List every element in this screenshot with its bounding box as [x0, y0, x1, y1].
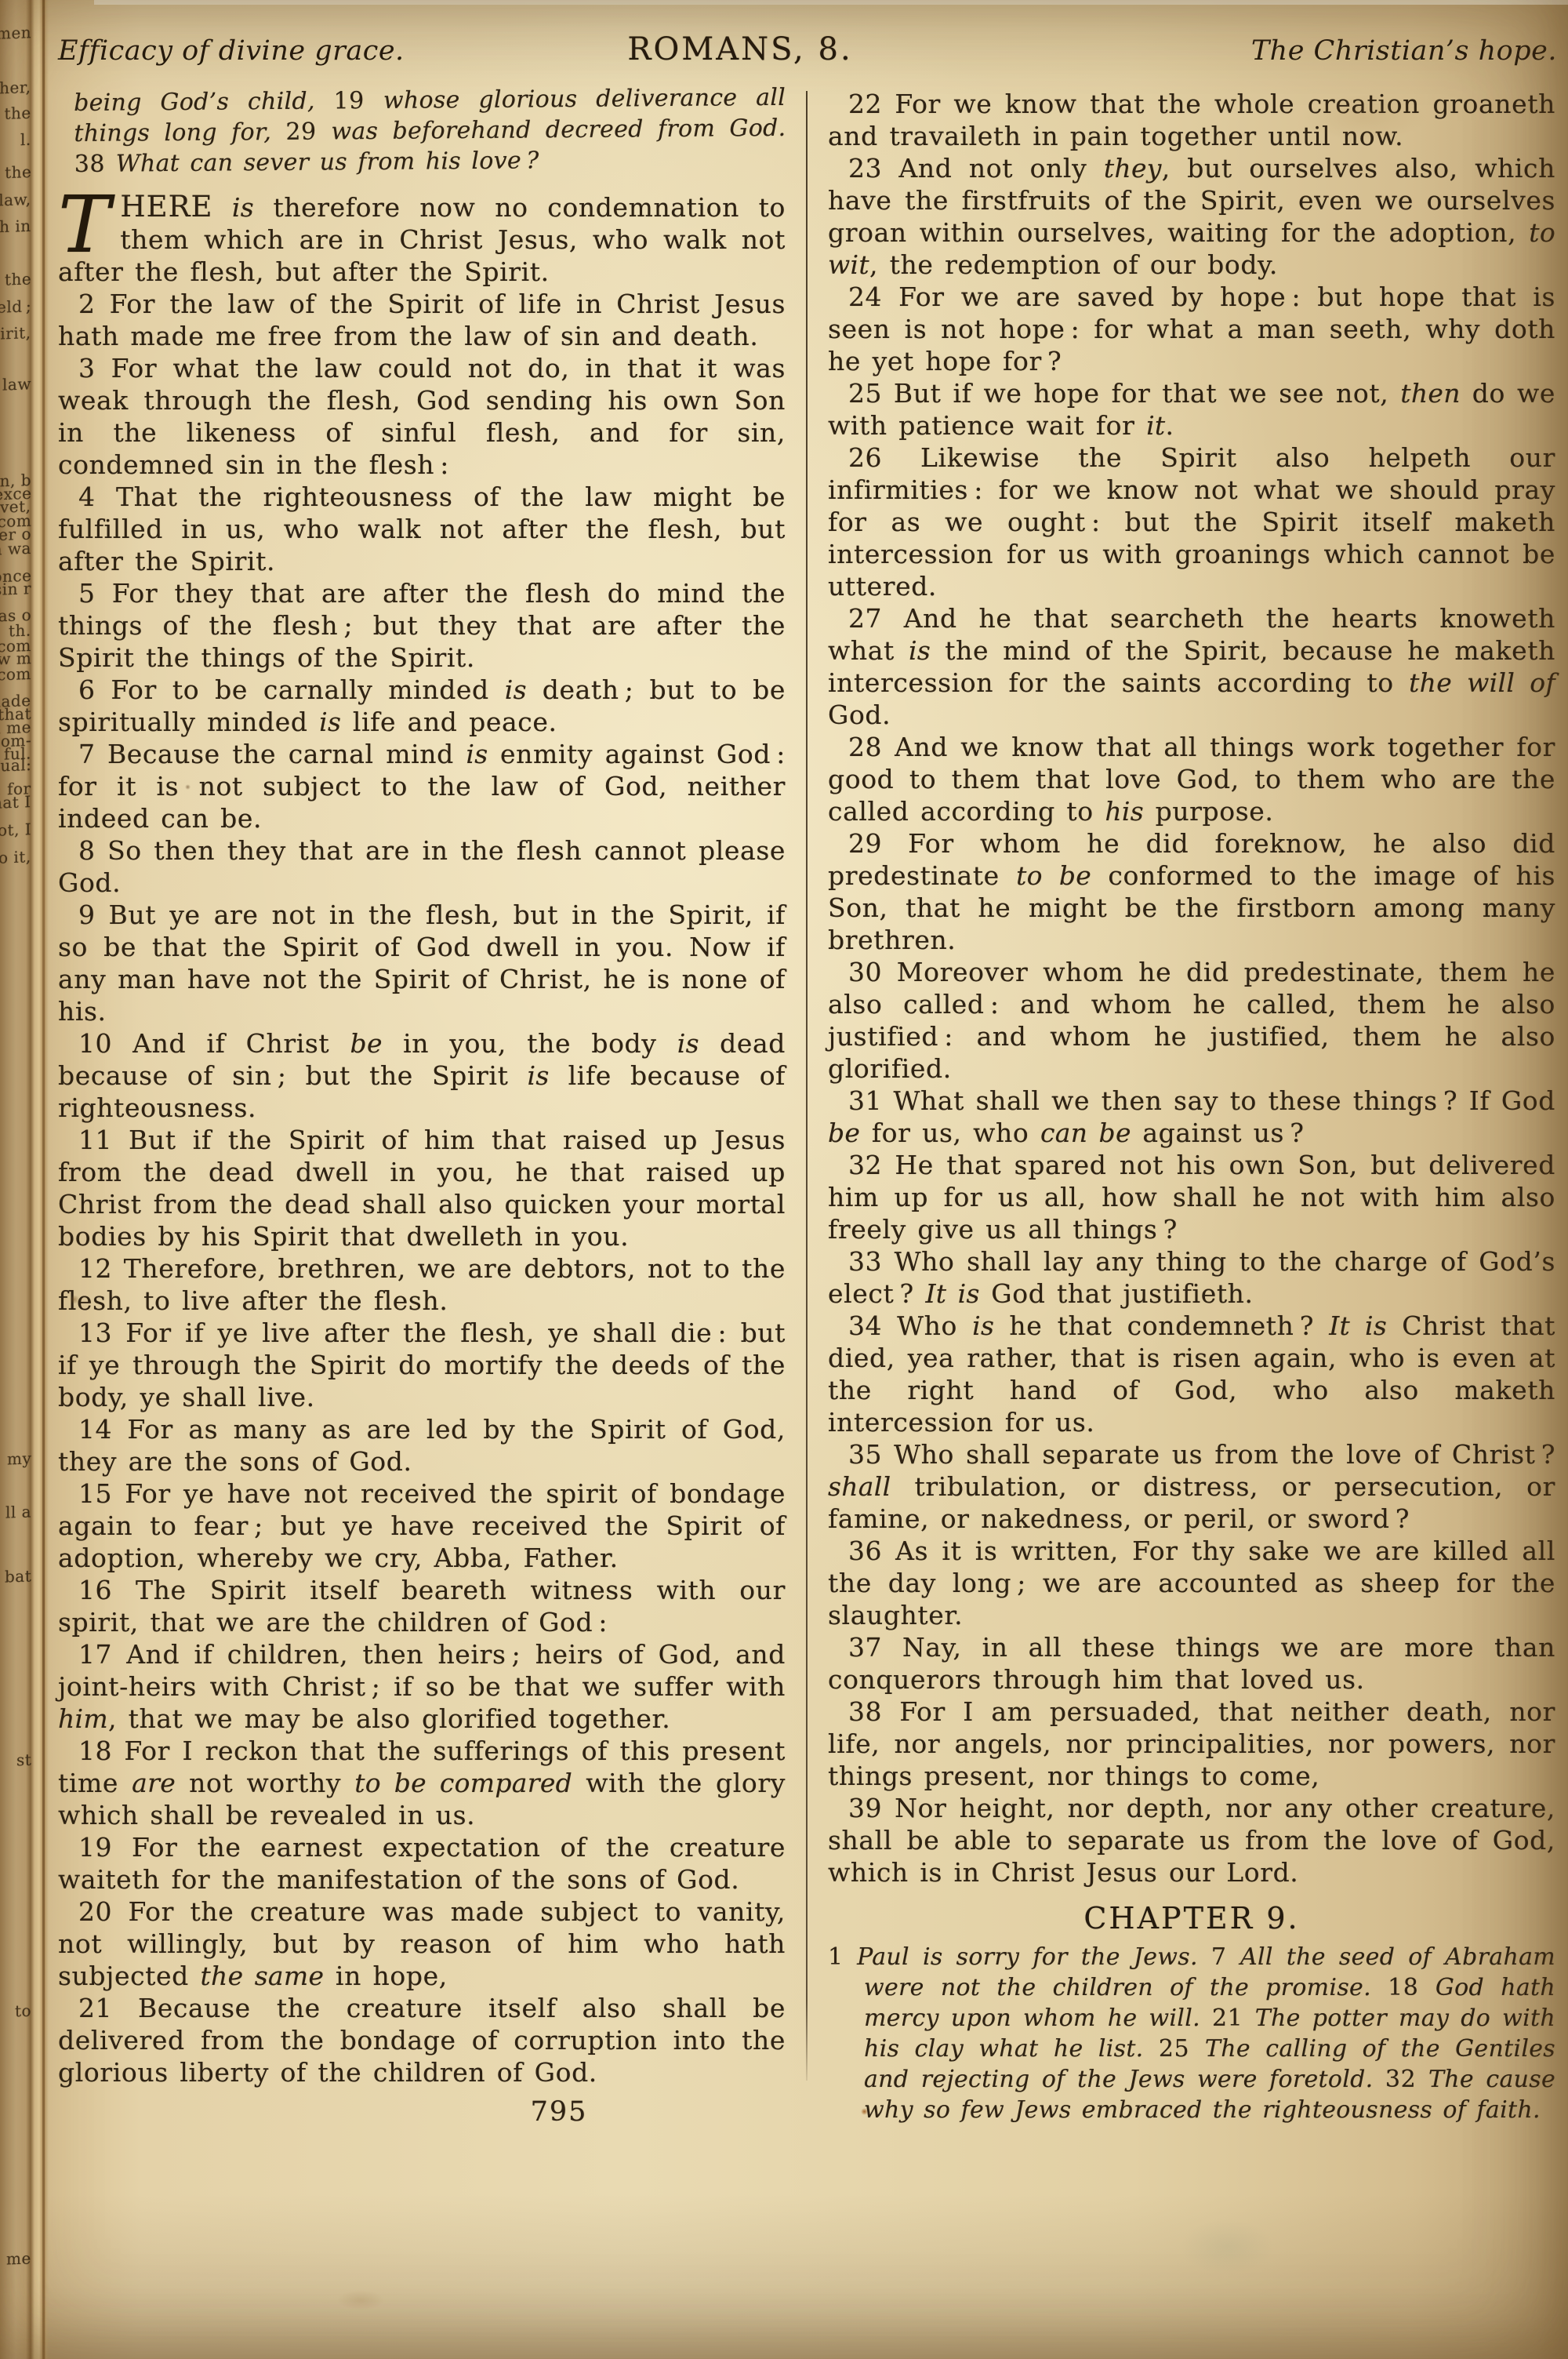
plain-text: He that spared not his own Son, but deli…: [828, 1150, 1555, 1245]
verse-number: 28: [848, 732, 895, 762]
italic-text: shall: [828, 1471, 891, 1502]
gutter-fragment: me: [6, 2248, 31, 2268]
gutter-fragment: e law,: [0, 190, 31, 210]
verse-number: 36: [848, 1536, 895, 1566]
verse-number: 38: [848, 1696, 899, 1727]
page: menother,ad, thel.h, thee law,orth inthe…: [0, 0, 1568, 2359]
plain-text: So then they that are in the flesh canno…: [58, 835, 786, 898]
italic-text: is: [972, 1310, 994, 1341]
verse: 30 Moreover whom he did predestinate, th…: [828, 956, 1555, 1085]
verse: 10 And if Christ be in you, the body is …: [58, 1027, 786, 1124]
show-through-smudge: [1180, 2219, 1274, 2274]
plain-text: 38: [74, 151, 116, 178]
plain-text: As it is written, For thy sake we are ki…: [828, 1536, 1555, 1630]
plain-text: HERE: [120, 190, 212, 224]
verse-number: 3: [78, 353, 111, 383]
verse: 15 For ye have not received the spirit o…: [58, 1478, 786, 1574]
verse-number: 15: [78, 1478, 125, 1509]
verse-number: 4: [78, 482, 116, 512]
verse: 33 Who shall lay any thing to the charge…: [828, 1245, 1555, 1310]
gutter-fragments: menother,ad, thel.h, thee law,orth inthe…: [0, 0, 34, 2359]
plain-text: Nor height, nor depth, nor any other cre…: [828, 1793, 1555, 1888]
chapter8-summary-continuation: being God’s child, 19 whose glorious del…: [74, 82, 786, 180]
left-column-verses: THERE is therefore now no condemnation t…: [58, 191, 786, 2088]
gutter-fragment: sin r: [0, 579, 31, 599]
plain-text: For to be carnally minded: [111, 674, 504, 705]
plain-text: in you, the body: [383, 1028, 677, 1059]
gutter-fragment: pirit,: [0, 323, 31, 343]
verse-number: 13: [78, 1318, 125, 1348]
gutter-fragment: bat: [5, 1566, 31, 1586]
verse: 17 And if children, then heirs ; heirs o…: [58, 1638, 786, 1735]
italic-text: be: [828, 1118, 860, 1148]
verse: 11 But if the Spirit of him that raised …: [58, 1124, 786, 1252]
verse-number: 30: [848, 957, 897, 987]
plain-text: For I am persuaded, that neither death, …: [828, 1696, 1555, 1791]
verse-number: 5: [78, 578, 112, 609]
verse: 20 For the creature was made subject to …: [58, 1896, 786, 1992]
verse-number: 14: [78, 1414, 127, 1445]
verse: 6 For to be carnally minded is death ; b…: [58, 674, 786, 738]
plain-text: But ye are not in the flesh, but in the …: [58, 900, 786, 1027]
verse-number: 9: [78, 900, 109, 930]
verse: 8 So then they that are in the flesh can…: [58, 834, 786, 899]
verse-number: 25: [848, 378, 894, 409]
gutter-fragment: men: [0, 23, 31, 43]
plain-text: 32: [1385, 2066, 1428, 2093]
italic-text: be: [350, 1028, 383, 1059]
gutter-fragment: the: [5, 269, 31, 289]
verse-number: 17: [78, 1639, 126, 1670]
drop-cap: T: [58, 191, 120, 253]
verse-number: 7: [78, 739, 107, 769]
verse: 28 And we know that all things work toge…: [828, 731, 1555, 827]
page-heading: ROMANS, 8.: [544, 31, 936, 67]
plain-text: But if the Spirit of him that raised up …: [58, 1125, 786, 1252]
verse-number: 19: [78, 1832, 132, 1863]
gutter-fragment: st: [16, 1750, 31, 1770]
verse: THERE is therefore now no condemnation t…: [58, 191, 786, 288]
italic-text: to be: [1016, 860, 1091, 891]
plain-text: 21: [1212, 2005, 1255, 2032]
verse-number: 23: [848, 153, 898, 184]
plain-text: And if Christ: [132, 1028, 350, 1059]
italic-text: It is: [925, 1278, 979, 1309]
plain-text: The Spirit itself beareth witness with o…: [58, 1575, 786, 1637]
plain-text: he that condemneth ?: [994, 1310, 1329, 1341]
plain-text: That the righteousness of the law might …: [58, 482, 786, 576]
verse: 9 But ye are not in the flesh, but in th…: [58, 899, 786, 1027]
plain-text: God that justifieth.: [980, 1278, 1254, 1309]
plain-text: For the earnest expectation of the creat…: [58, 1832, 786, 1895]
plain-text: Because the carnal mind: [107, 739, 466, 769]
verse-number: 31: [848, 1085, 894, 1116]
gutter-fragment: other,: [0, 78, 31, 98]
plain-text: Nay, in all these things we are more tha…: [828, 1632, 1555, 1695]
verse-number: 2: [78, 289, 110, 319]
plain-text: 25: [1159, 2035, 1205, 2063]
gutter-fragment: eld ;: [0, 296, 31, 317]
plain-text: But if we hope for that we see not,: [894, 378, 1400, 409]
plain-text: not worthy: [176, 1768, 354, 1798]
gutter-fragment: h, the: [0, 162, 31, 183]
italic-text: to be compared: [354, 1768, 572, 1798]
verse-number: 34: [848, 1310, 897, 1341]
italic-text: him: [58, 1703, 108, 1734]
verse: 32 He that spared not his own Son, but d…: [828, 1149, 1555, 1245]
header: Efficacy of divine grace. ROMANS, 8. The…: [58, 31, 1557, 80]
italic-text: was beforehand decreed from God.: [331, 114, 786, 146]
verse: 24 For we are saved by hope : but hope t…: [828, 281, 1555, 377]
plain-text: For we are saved by hope : but hope that…: [828, 282, 1555, 376]
plain-text: 29: [285, 118, 331, 145]
italic-text: is: [466, 739, 488, 769]
italic-text: being God’s child,: [74, 87, 334, 117]
gutter-fragment: o it,: [0, 847, 31, 867]
plain-text: 19: [333, 87, 383, 114]
page-content: Efficacy of divine grace. ROMANS, 8. The…: [58, 31, 1557, 2128]
verse-number: 26: [848, 442, 920, 473]
italic-text: then: [1400, 378, 1461, 409]
chapter-9-summary: 1 Paul is sorry for the Jews. 7 All the …: [828, 1942, 1555, 2125]
verse-number: 11: [78, 1125, 129, 1155]
plain-text: for us, who: [860, 1118, 1040, 1148]
plain-text: tribulation, or distress, or persecution…: [828, 1471, 1555, 1534]
plain-text: , the redemption of our body.: [869, 249, 1278, 280]
gutter-fragment: law: [2, 374, 31, 394]
plain-text: life and peace.: [341, 707, 557, 737]
verse-number: 6: [78, 674, 111, 705]
gutter-fragment: ot, I: [0, 820, 31, 840]
italic-text: It is: [1329, 1310, 1387, 1341]
verse-number: 37: [848, 1632, 902, 1663]
italic-text: are: [132, 1768, 176, 1798]
running-head-right: The Christian’s hope.: [936, 35, 1557, 67]
running-head-left: Efficacy of divine grace.: [58, 35, 544, 67]
plain-text: What shall we then say to these things ?…: [894, 1085, 1556, 1116]
right-column: 22 For we know that the whole creation g…: [828, 88, 1555, 2128]
plain-text: in hope,: [324, 1961, 447, 1991]
italic-text: can be: [1040, 1118, 1131, 1148]
verse: 19 For the earnest expectation of the cr…: [58, 1831, 786, 1896]
page-number: 795: [195, 2096, 923, 2128]
verse-number: 24: [848, 282, 898, 312]
column-divider: [806, 91, 808, 2081]
verse-number: 8: [78, 835, 107, 866]
italic-text: his: [1105, 796, 1144, 827]
left-column: being God’s child, 19 whose glorious del…: [58, 88, 786, 2128]
plain-text: For ye have not received the spirit of b…: [58, 1478, 786, 1573]
plain-text: , that we may be also glorified together…: [108, 1703, 670, 1734]
italic-text: is: [319, 707, 341, 737]
gutter-fragment: my: [7, 1448, 31, 1468]
gutter-fragment: sin wa: [0, 539, 31, 559]
plain-text: For we know that the whole creation groa…: [828, 89, 1555, 151]
verse: 7 Because the carnal mind is enmity agai…: [58, 738, 786, 834]
gutter-fragment: orth in: [0, 216, 31, 238]
verse: 38 For I am persuaded, that neither deat…: [828, 1696, 1555, 1792]
italic-text: is: [677, 1028, 699, 1059]
verse: 22 For we know that the whole creation g…: [828, 88, 1555, 152]
verse: 14 For as many as are led by the Spirit …: [58, 1413, 786, 1478]
verse-number: 33: [848, 1246, 895, 1277]
plain-text: For if ye live after the flesh, ye shall…: [58, 1318, 786, 1412]
verse-number: 21: [78, 1993, 138, 2023]
chapter-9-heading: CHAPTER 9.: [828, 1901, 1555, 1936]
italic-text: it: [1146, 410, 1165, 441]
verse: 23 And not only they, but ourselves also…: [828, 152, 1555, 281]
text-columns: being God’s child, 19 whose glorious del…: [58, 88, 1557, 2128]
verse: 34 Who is he that condemneth ? It is Chr…: [828, 1310, 1555, 1438]
gutter-fragment: ad, the: [0, 104, 31, 125]
gutter-fragment: l.: [20, 130, 31, 149]
plain-text: God.: [828, 700, 891, 730]
verse: 35 Who shall separate us from the love o…: [828, 1438, 1555, 1535]
verse-number: 32: [848, 1150, 895, 1180]
plain-text: Moreover whom he did predestinate, them …: [828, 957, 1555, 1084]
verse-number: 10: [78, 1028, 132, 1059]
plain-text: For they that are after the flesh do min…: [58, 578, 786, 673]
verse: 5 For they that are after the flesh do m…: [58, 577, 786, 674]
italic-text: the same: [200, 1961, 324, 1991]
verse-number: 29: [848, 828, 908, 859]
plain-text: And if children, then heirs ; heirs of G…: [58, 1639, 786, 1702]
page-fold-crease: [42, 0, 45, 2359]
plain-text: purpose.: [1144, 796, 1274, 827]
verse: 26 Likewise the Spirit also helpeth our …: [828, 442, 1555, 602]
plain-text: against us ?: [1131, 1118, 1305, 1148]
verse: 31 What shall we then say to these thing…: [828, 1085, 1555, 1149]
italic-text: What can sever us from his love ?: [116, 147, 539, 177]
plain-text: For the law of the Spirit of life in Chr…: [58, 289, 786, 351]
verse: 16 The Spirit itself beareth witness wit…: [58, 1574, 786, 1638]
gutter-fragment: hat I: [0, 792, 31, 812]
plain-text: .: [1166, 410, 1174, 441]
verse: 21 Because the creature itself also shal…: [58, 1992, 786, 2088]
plain-text: Who: [897, 1310, 972, 1341]
verse-number: 22: [848, 89, 895, 119]
plain-text: Therefore, brethren, we are debtors, not…: [58, 1253, 786, 1316]
italic-text: is: [212, 192, 273, 223]
verse: 29 For whom he did foreknow, he also did…: [828, 827, 1555, 956]
verse: 27 And he that searcheth the hearts know…: [828, 602, 1555, 731]
plain-text: Likewise the Spirit also helpeth our inf…: [828, 442, 1555, 602]
italic-text: Paul is sorry for the Jews.: [857, 1943, 1211, 1971]
gutter-fragment: e com: [0, 664, 31, 685]
verse-number: 18: [78, 1736, 124, 1766]
italic-text: is: [909, 635, 931, 666]
verse-number: 20: [78, 1896, 128, 1927]
verse-number: 12: [78, 1253, 124, 1284]
verse: 39 Nor height, nor depth, nor any other …: [828, 1792, 1555, 1888]
plain-text: For as many as are led by the Spirit of …: [58, 1414, 786, 1477]
verse: 2 For the law of the Spirit of life in C…: [58, 288, 786, 352]
verse: 3 For what the law could not do, in that…: [58, 352, 786, 481]
plain-text: And not only: [898, 153, 1103, 184]
plain-text: For what the law could not do, in that i…: [58, 353, 786, 480]
plain-text: 1: [828, 1943, 857, 1971]
verse: 36 As it is written, For thy sake we are…: [828, 1535, 1555, 1631]
plain-text: Because the creature itself also shall b…: [58, 1993, 786, 2088]
verse-number: 16: [78, 1575, 136, 1605]
plain-text: 18: [1388, 1974, 1436, 2001]
italic-text: they: [1104, 153, 1162, 184]
italic-text: is: [505, 674, 527, 705]
italic-text: is: [528, 1060, 550, 1091]
plain-text: 7: [1211, 1943, 1240, 1971]
verse: 37 Nay, in all these things we are more …: [828, 1631, 1555, 1696]
verse: 12 Therefore, brethren, we are debtors, …: [58, 1252, 786, 1317]
verse-number: 39: [848, 1793, 895, 1823]
gutter-fragment: to: [15, 2001, 31, 2021]
gutter-fragment: ll a: [5, 1502, 31, 1521]
verse-number: 27: [848, 603, 904, 634]
plain-text: Who shall separate us from the love of C…: [894, 1439, 1555, 1470]
verse: 13 For if ye live after the flesh, ye sh…: [58, 1317, 786, 1413]
verse: 25 But if we hope for that we see not, t…: [828, 377, 1555, 442]
page-top-edge: [94, 0, 1568, 5]
verse: 4 That the righteousness of the law migh…: [58, 481, 786, 577]
verse-number: 35: [848, 1439, 894, 1470]
book-gutter: menother,ad, thel.h, thee law,orth inthe…: [0, 0, 49, 2359]
paper-stain: [337, 2290, 384, 2310]
italic-text: the will of: [1409, 667, 1555, 698]
verse: 18 For I reckon that the sufferings of t…: [58, 1735, 786, 1831]
gutter-fragment: itual:: [0, 755, 31, 776]
right-column-verses: 22 For we know that the whole creation g…: [828, 88, 1555, 1888]
